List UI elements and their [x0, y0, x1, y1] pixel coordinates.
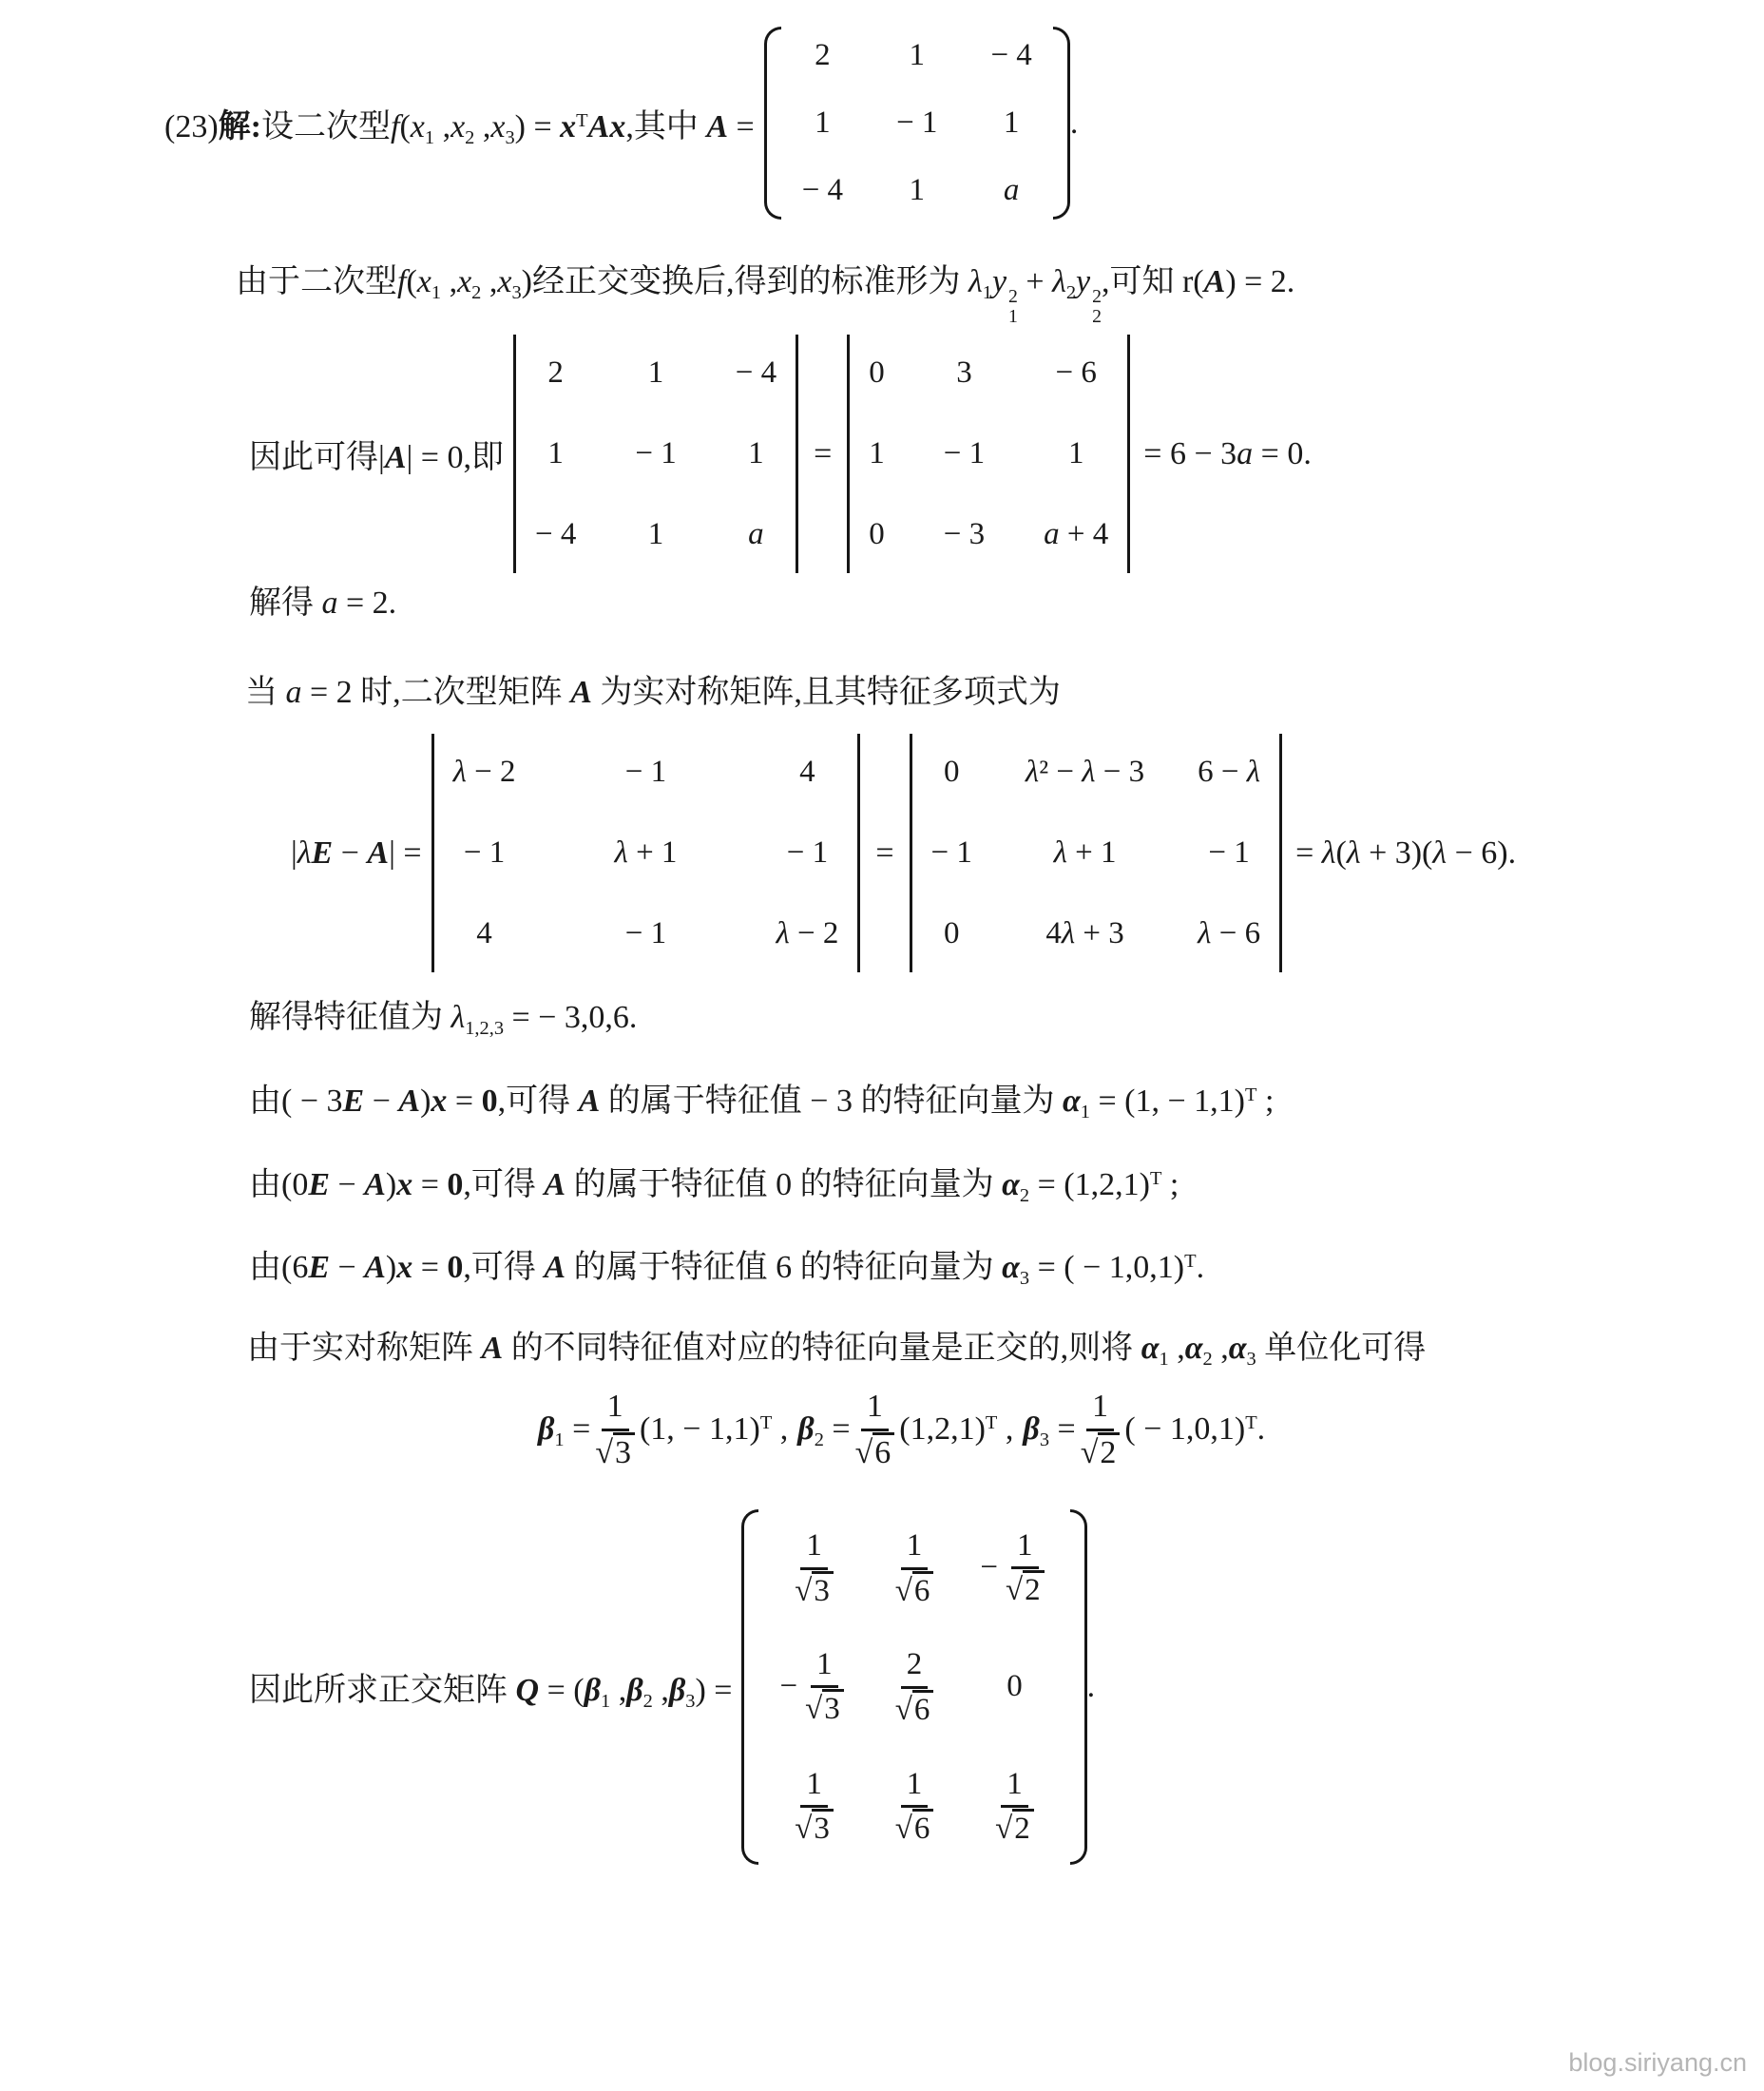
- matrix-cell: 0: [1007, 1669, 1023, 1704]
- solution-line-13: 因此所求正交矩阵 Q = (β1 ,β2 ,β3) = 1√31√6−1√2−1…: [249, 1509, 1095, 1865]
- determinant-A: 21− 41− 11− 41a: [513, 335, 798, 573]
- matrix-cell: − 3: [944, 517, 985, 552]
- matrix-cell: 1: [815, 106, 831, 141]
- solution-line-12: β1 = 1 √3 (1, − 1,1)T , β2 = 1 √6 (1,2,1…: [538, 1390, 1265, 1469]
- matrix-cell: − 1: [625, 916, 666, 951]
- solution-line-4: 解得 a = 2.: [249, 576, 396, 623]
- line1-text: (23)解:设二次型f(x1 ,x2 ,x3) = xTAx,其中 A =: [164, 100, 755, 146]
- matrix-cell: 1√6: [891, 1767, 939, 1846]
- matrix-cell: 1: [547, 436, 564, 471]
- matrix-cell: 0: [944, 916, 960, 951]
- matrix-cell: 4λ + 3: [1045, 916, 1123, 951]
- matrix-cell: 1: [869, 436, 885, 471]
- matrix-cell: − 4: [802, 173, 843, 208]
- matrix-Q-entries: 1√31√6−1√2−1√32√601√31√61√2: [766, 1509, 1062, 1865]
- solution-line-7: 解得特征值为 λ1,2,3 = − 3,0,6.: [249, 990, 637, 1037]
- right-paren: [1053, 27, 1070, 220]
- matrix-cell: 0: [944, 755, 960, 790]
- line10-text: 由(6E − A)x = 0,可得 A 的属于特征值 6 的特征向量为 α3 =…: [249, 1250, 1204, 1285]
- matrix-A: 21− 41− 11− 41a: [764, 27, 1070, 220]
- fraction-1-over-sqrt2: 1 √2: [1079, 1390, 1122, 1469]
- matrix-cell: − 1: [635, 436, 676, 471]
- beta1-lhs: β1 =: [538, 1411, 590, 1448]
- matrix-A-entries: 21− 41− 11− 41a: [789, 27, 1045, 220]
- line13-period: .: [1087, 1669, 1096, 1705]
- matrix-cell: −1√3: [779, 1648, 848, 1726]
- matrix-cell: 1: [648, 517, 664, 552]
- matrix-cell: λ − 2: [776, 916, 838, 951]
- solution-line-9: 由(0E − A)x = 0,可得 A 的属于特征值 0 的特征向量为 α2 =…: [249, 1158, 1179, 1204]
- matrix-cell: 4: [476, 916, 492, 951]
- line4-text: 解得 a = 2.: [249, 585, 396, 621]
- matrix-cell: − 6: [1056, 355, 1097, 391]
- line9-text: 由(0E − A)x = 0,可得 A 的属于特征值 0 的特征向量为 α2 =…: [249, 1167, 1179, 1202]
- determinant-lambda: λ − 2− 14− 1λ + 1− 14− 1λ − 2: [431, 734, 861, 972]
- matrix-cell: − 1: [787, 835, 828, 871]
- matrix-cell: − 1: [944, 436, 985, 471]
- matrix-cell: a + 4: [1044, 517, 1108, 552]
- matrix-cell: 1√3: [790, 1528, 838, 1607]
- matrix-cell: 1: [1068, 436, 1084, 471]
- matrix-cell: − 1: [896, 106, 937, 141]
- beta3-lhs: β3 =: [1023, 1411, 1075, 1448]
- solution-line-6: |λE − A| = λ − 2− 14− 1λ + 1− 14− 1λ − 2…: [291, 734, 1516, 972]
- matrix-Q: 1√31√6−1√2−1√32√601√31√61√2: [741, 1509, 1086, 1865]
- matrix-cell: a: [748, 517, 764, 552]
- solution-line-8: 由( − 3E − A)x = 0,可得 A 的属于特征值 − 3 的特征向量为…: [249, 1074, 1274, 1121]
- line6-result: = λ(λ + 3)(λ − 6).: [1295, 835, 1516, 872]
- matrix-cell: 2: [547, 355, 564, 391]
- line6-prefix: |λE − A| =: [291, 835, 422, 872]
- matrix-cell: 2√6: [891, 1647, 939, 1726]
- line11-text: 由于实对称矩阵 A 的不同特征值对应的特征向量是正交的,则将 α1 ,α2 ,α…: [247, 1331, 1426, 1366]
- solution-line-1: (23)解:设二次型f(x1 ,x2 ,x3) = xTAx,其中 A = 21…: [164, 27, 1078, 220]
- matrix-cell: 1√2: [990, 1767, 1039, 1846]
- beta1-vector: (1, − 1,1)T ,: [640, 1411, 788, 1448]
- line13-prefix: 因此所求正交矩阵 Q = (β1 ,β2 ,β3) =: [249, 1663, 732, 1710]
- matrix-cell: 0: [869, 517, 885, 552]
- matrix-cell: 1√6: [891, 1528, 939, 1607]
- beta2-vector: (1,2,1)T ,: [899, 1411, 1013, 1448]
- matrix-cell: 1√3: [790, 1767, 838, 1846]
- matrix-cell: λ − 2: [453, 755, 516, 790]
- line3-result: = 6 − 3a = 0.: [1143, 436, 1312, 472]
- matrix-cell: − 1: [625, 755, 666, 790]
- matrix-cell: 0: [869, 355, 885, 391]
- matrix-cell: a: [1004, 173, 1020, 208]
- matrix-cell: − 1: [1208, 835, 1249, 871]
- matrix-cell: 4: [799, 755, 815, 790]
- fraction-1-over-sqrt3: 1 √3: [593, 1390, 637, 1469]
- line7-text: 解得特征值为 λ1,2,3 = − 3,0,6.: [249, 1000, 637, 1035]
- solution-line-2: 由于二次型f(x1 ,x2 ,x3)经正交变换后,得到的标准形为 λ1y21 +…: [236, 255, 1294, 326]
- matrix-cell: − 4: [535, 517, 576, 552]
- matrix-cell: −1√2: [980, 1529, 1048, 1607]
- equals-sign: =: [814, 436, 832, 472]
- solution-line-5: 当 a = 2 时,二次型矩阵 A 为实对称矩阵,且其特征多项式为: [245, 665, 1061, 712]
- fraction-1-over-sqrt6: 1 √6: [853, 1390, 897, 1469]
- determinant-lambda-reduced: 0λ² − λ − 36 − λ− 1λ + 1− 104λ + 3λ − 6: [910, 734, 1283, 972]
- matrix-cell: λ² − λ − 3: [1026, 755, 1144, 790]
- matrix-cell: 6 − λ: [1198, 755, 1260, 790]
- left-paren: [764, 27, 781, 220]
- watermark: blog.siriyang.cn: [1568, 2048, 1747, 2078]
- line8-text: 由( − 3E − A)x = 0,可得 A 的属于特征值 − 3 的特征向量为…: [249, 1084, 1274, 1119]
- line5-text: 当 a = 2 时,二次型矩阵 A 为实对称矩阵,且其特征多项式为: [245, 675, 1061, 710]
- matrix-cell: λ − 6: [1198, 916, 1260, 951]
- matrix-cell: − 1: [464, 835, 505, 871]
- line2-text: 由于二次型f(x1 ,x2 ,x3)经正交变换后,得到的标准形为 λ1y21 +…: [236, 264, 1294, 299]
- matrix-cell: − 4: [736, 355, 777, 391]
- determinant-A-reduced: 03− 61− 110− 3a + 4: [847, 335, 1130, 573]
- matrix-cell: 1: [748, 436, 764, 471]
- matrix-cell: − 4: [990, 38, 1031, 73]
- scanned-solution-page: (23)解:设二次型f(x1 ,x2 ,x3) = xTAx,其中 A = 21…: [0, 0, 1764, 2091]
- left-paren: [741, 1509, 758, 1865]
- matrix-cell: 2: [815, 38, 831, 73]
- right-paren: [1070, 1509, 1087, 1865]
- matrix-cell: 1: [910, 38, 926, 73]
- line1-period: .: [1070, 106, 1079, 142]
- matrix-cell: λ + 1: [1054, 835, 1117, 871]
- solution-line-10: 由(6E − A)x = 0,可得 A 的属于特征值 6 的特征向量为 α3 =…: [249, 1240, 1204, 1287]
- line3-prefix: 因此可得|A| = 0,即: [249, 431, 504, 477]
- matrix-cell: 3: [956, 355, 972, 391]
- solution-line-11: 由于实对称矩阵 A 的不同特征值对应的特征向量是正交的,则将 α1 ,α2 ,α…: [247, 1321, 1426, 1368]
- beta2-lhs: β2 =: [797, 1411, 850, 1448]
- matrix-cell: 1: [1004, 106, 1020, 141]
- beta3-vector: ( − 1,0,1)T.: [1124, 1411, 1265, 1448]
- matrix-cell: − 1: [931, 835, 972, 871]
- solution-line-3: 因此可得|A| = 0,即 21− 41− 11− 41a = 03− 61− …: [249, 335, 1312, 573]
- equals-sign: =: [875, 835, 893, 872]
- matrix-cell: 1: [648, 355, 664, 391]
- matrix-cell: 1: [910, 173, 926, 208]
- matrix-cell: λ + 1: [615, 835, 678, 871]
